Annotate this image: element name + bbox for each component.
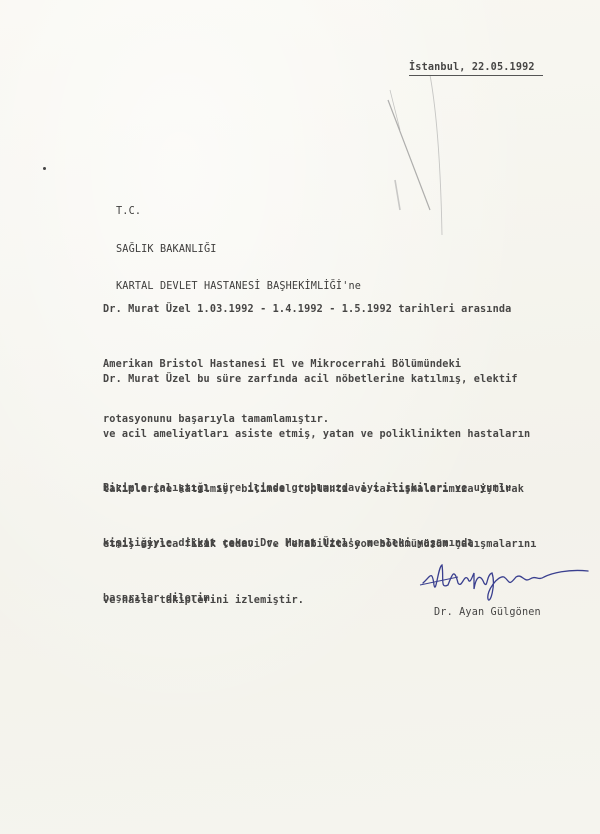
text-line: ve acil ameliyatları asiste etmiş, yatan… (103, 426, 537, 444)
ink-speck (43, 167, 46, 170)
addressee-line: SAĞLIK BAKANLIĞI (116, 244, 361, 257)
text-line: kişiliğiyle dikkat çeken Dr. Murat Üzel'… (103, 535, 511, 553)
text-line: Bizimle çalıştığı süre içinde grubumuzda… (103, 480, 511, 498)
signatory-name: Dr. Ayan Gülgönen (434, 604, 541, 622)
text-line: Dr. Murat Üzel bu süre zarfında acil nöb… (103, 371, 537, 389)
pencil-marks (370, 70, 470, 240)
text-line: Dr. Murat Üzel 1.03.1992 - 1.4.1992 - 1.… (103, 301, 511, 319)
handwritten-signature (418, 555, 598, 605)
addressee-line: T.C. (116, 206, 361, 219)
date-line: İstanbul, 22.05.1992 (409, 61, 543, 76)
